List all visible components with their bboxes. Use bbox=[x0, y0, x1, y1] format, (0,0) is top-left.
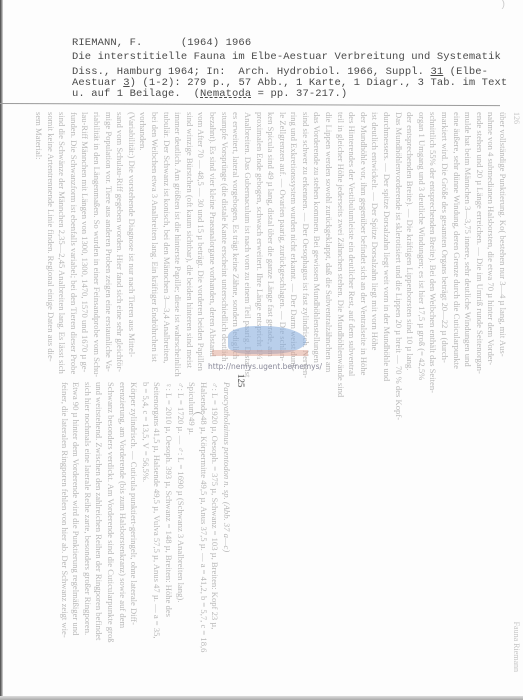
text-line: durchmessers. — Der spitze Dorsalzahn li… bbox=[380, 112, 392, 672]
scanned-page-rotated: 126 Fauna Riemann über vollständige Punk… bbox=[22, 112, 522, 672]
text-line: erenzierung, am Vorderende (bis zum Hals… bbox=[116, 382, 128, 672]
citation-line-3: u. auf 1 Beilage. (Nematoda = pp. 37-217… bbox=[72, 89, 512, 100]
text-line: Spiculum 49 µ. bbox=[186, 382, 198, 672]
text-line: ♀: L = 2010 µ, Oesoph. 393 µ, Schwanz = … bbox=[162, 382, 174, 672]
text-line: Das Mundhöhlenvorderende ist sklerotisie… bbox=[392, 112, 404, 672]
text-line: sich hier nochmals eine laterale Reihe z… bbox=[81, 382, 93, 672]
text-line: Seitenorgans 41,5 µ, Halsende 49,5 µ, Vu… bbox=[151, 382, 163, 672]
text-line: Analbreiten. Das Gubernaculum ist nach v… bbox=[241, 112, 253, 672]
text-line: die Lippen werden sowohl zurückgeklappt,… bbox=[323, 112, 335, 672]
text-line: ken Spicula sind 49 µ lang, distal über … bbox=[265, 112, 277, 672]
text-line: ♂: L = 1920 µ, Oesoph. = 375 µ, Schwanz … bbox=[209, 382, 221, 672]
index-card: ) RIEMANN, F. (1964) 1966 Die interstiti… bbox=[0, 0, 523, 700]
text-line: teil in gleicher Höhe jederseits zwei Zä… bbox=[334, 112, 346, 672]
text-line: ist deutlich entwickelt. — Der Spitze Do… bbox=[369, 112, 381, 672]
page-number: 126 bbox=[510, 112, 522, 124]
text-line: der entsprechenden Breite). — Die kräfti… bbox=[404, 112, 416, 672]
text-line: sem Material: bbox=[33, 112, 45, 672]
text-line: und weitstehend. Zwischen den zahlreiche… bbox=[93, 382, 105, 672]
watermark: http://nemys.ugent.be/nemys/ bbox=[208, 324, 318, 376]
text-line: ring und Exkretionssystem wurden nicht e… bbox=[288, 112, 300, 672]
header-rule bbox=[0, 103, 500, 106]
watermark-band bbox=[212, 350, 308, 356]
page-text-lower: Paracyatholaimus pentodon n. sp. (Abb. 3… bbox=[58, 382, 232, 672]
corner-mark: ) bbox=[500, 0, 510, 10]
species-heading: Paracyatholaimus pentodon n. sp. (Abb. 3… bbox=[220, 382, 232, 672]
card-header: RIEMANN, F. (1964) 1966 Die interstitiel… bbox=[72, 38, 512, 100]
text-line: der Mundhöhle vor, ihm gegenüber befinde… bbox=[357, 112, 369, 672]
title: Die interstitielle Fauna im Elbe-Aestuar… bbox=[72, 52, 512, 63]
text-line: ♂: L = 1720 µ. — ♂: L = 1690 µ (Schwanz … bbox=[174, 382, 186, 672]
text-line: über vollständige Punktierung. Ko( beste… bbox=[496, 112, 508, 672]
text-line: des Hinterendes der Vestibulumleiste ein… bbox=[346, 112, 358, 672]
species-description: ♂: L = 1920 µ, Oesoph. = 375 µ, Schwanz … bbox=[58, 382, 220, 672]
text-line: le Zellgrenzen auf. — Ovarien paarig, zu… bbox=[276, 112, 288, 672]
text-line: b = 5,4, c = 13,5, V = 56,5%. bbox=[139, 382, 151, 672]
author-line: RIEMANN, F. (1964) 1966 bbox=[72, 38, 512, 49]
text-line: mulde hat beim Männchen 3—3,75 innere, s… bbox=[462, 112, 474, 672]
text-line: das Vorderende zu stehen kommen. Bei gew… bbox=[311, 112, 323, 672]
years: (1964) 1966 bbox=[181, 37, 251, 49]
watermark-url: http://nemys.ugent.be/nemys/ bbox=[208, 362, 322, 371]
text-line: somit keine Artentrennende Linie finden.… bbox=[44, 112, 56, 672]
text-line: Etwa 90 µ hinter dem Vorderende wird die… bbox=[70, 382, 82, 672]
page-running-head: 126 Fauna Riemann bbox=[510, 112, 522, 672]
text-line: Halsende 48 µ, Körpermitte 49,5 µ, Anus … bbox=[197, 382, 209, 672]
text-line: proximalen Ende gebogen, schwach erweite… bbox=[253, 112, 265, 672]
text-line: eine äußere, sehr dünne Windung, deren G… bbox=[450, 112, 462, 672]
author: RIEMANN, F. bbox=[72, 37, 142, 49]
taxon-name: Nematoda bbox=[200, 88, 251, 100]
text-line: Schwanz besonders verdickt. Am Vorderend… bbox=[104, 382, 116, 672]
running-head: Fauna Riemann bbox=[510, 622, 522, 672]
text-line: feiner, die lateralen Ringporen fehlen v… bbox=[58, 382, 70, 672]
lower-page-number: 125 bbox=[234, 374, 246, 388]
scan-bottom-edge bbox=[0, 696, 523, 700]
scan-left-edge bbox=[0, 0, 3, 700]
text-line: nahme von 4 submedianen Halsborsten, die… bbox=[485, 112, 497, 672]
text-line: ende stehen und 20 µ Länge erreichen. — … bbox=[473, 112, 485, 672]
text-line: Körper zylindrisch. — Cuticula punktiert… bbox=[128, 382, 140, 672]
text-line: markiert wird. Die Größe des gesamten Or… bbox=[438, 112, 450, 672]
page-text-upper: über vollständige Punktierung. Ko( beste… bbox=[253, 112, 508, 672]
text-line: sind sie schwer zu erkennen. — Der Oesop… bbox=[299, 112, 311, 672]
scanned-page: 126 Fauna Riemann über vollständige Punk… bbox=[22, 112, 522, 672]
text-line: organ 1 Umgang und 3 deutliche Windungen… bbox=[415, 112, 427, 672]
text-line: schnittlich 55% der entsprechenden Breit… bbox=[427, 112, 439, 672]
